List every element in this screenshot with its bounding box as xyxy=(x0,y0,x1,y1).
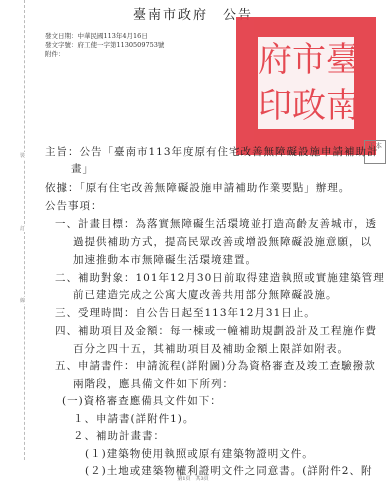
issue-date: 發文日期：中華民國113年4月16日 xyxy=(45,32,148,40)
item-5: 五、申請書件：申請流程(詳附圖)分為資格審查及竣工查驗撥款 xyxy=(55,358,376,373)
item-1: 一、計畫目標：為落實無障礙生活環境並打造高齡友善城市，透 xyxy=(55,216,377,231)
item-1-cont: 加速推動本市無障礙生活環境建置。 xyxy=(73,252,257,267)
subject-line: 主旨：公告「臺南市113年度原有住宅改善無障礙設施申請補助計 xyxy=(45,144,379,159)
seal-char: 政 xyxy=(292,83,326,129)
binding-mark: 裝 xyxy=(20,152,25,159)
seal-inner: 府 市 臺 印 政 南 xyxy=(258,37,354,129)
attachment-label: 附件： xyxy=(45,50,65,58)
item-1-cont: 過提供補助方式，提高民眾改善或增設無障礙設施意願，以 xyxy=(73,234,372,249)
binding-mark: 訂 xyxy=(20,225,25,232)
item-3: 三、受理時間：自公告日起至113年12月31日止。 xyxy=(55,305,316,320)
item-5-cont: 兩階段，應具備文件如下所列： xyxy=(73,376,234,391)
official-seal: 府 市 臺 印 政 南 xyxy=(236,17,376,155)
sub-item-1-2-1: (１)建築物使用執照或原有建築物證明文件。 xyxy=(85,446,314,461)
items-heading: 公告事項： xyxy=(45,198,103,213)
subject-line: 畫」 xyxy=(71,161,94,176)
basis-line: 依據：「原有住宅改善無障礙設施申請補助作業要點」辦理。 xyxy=(45,180,350,195)
sub-item-1-2: ２、補助計畫書： xyxy=(73,428,165,443)
item-4: 四、補助項目及金額：每一棟或一幢補助規劃設計及工程施作費 xyxy=(55,323,377,338)
item-2: 二、補助對象：101年12月30日前取得建造執照或實施建築管理 xyxy=(55,270,385,285)
page-number: 第1頁 共3頁 xyxy=(0,475,386,482)
seal-char: 市 xyxy=(292,37,326,83)
item-2-cont: 前已建造完成之公寓大廈改善共用部分無障礙設施。 xyxy=(73,287,338,302)
seal-char: 南 xyxy=(326,83,360,129)
sub-item-1: (一)資格審查應備具文件如下： xyxy=(62,393,222,408)
item-4-cont: 百分之四十五，其補助項目及補助金額上限詳如附表。 xyxy=(73,341,349,356)
seal-char: 印 xyxy=(258,83,292,129)
seal-char: 府 xyxy=(258,37,292,83)
binding-mark: 線 xyxy=(20,297,25,304)
seal-char: 臺 xyxy=(326,37,360,83)
document-number: 發文字號：府工使一字第1130509753號 xyxy=(45,41,164,49)
sub-item-1-1: １、申請書(詳附件1)。 xyxy=(73,411,194,426)
